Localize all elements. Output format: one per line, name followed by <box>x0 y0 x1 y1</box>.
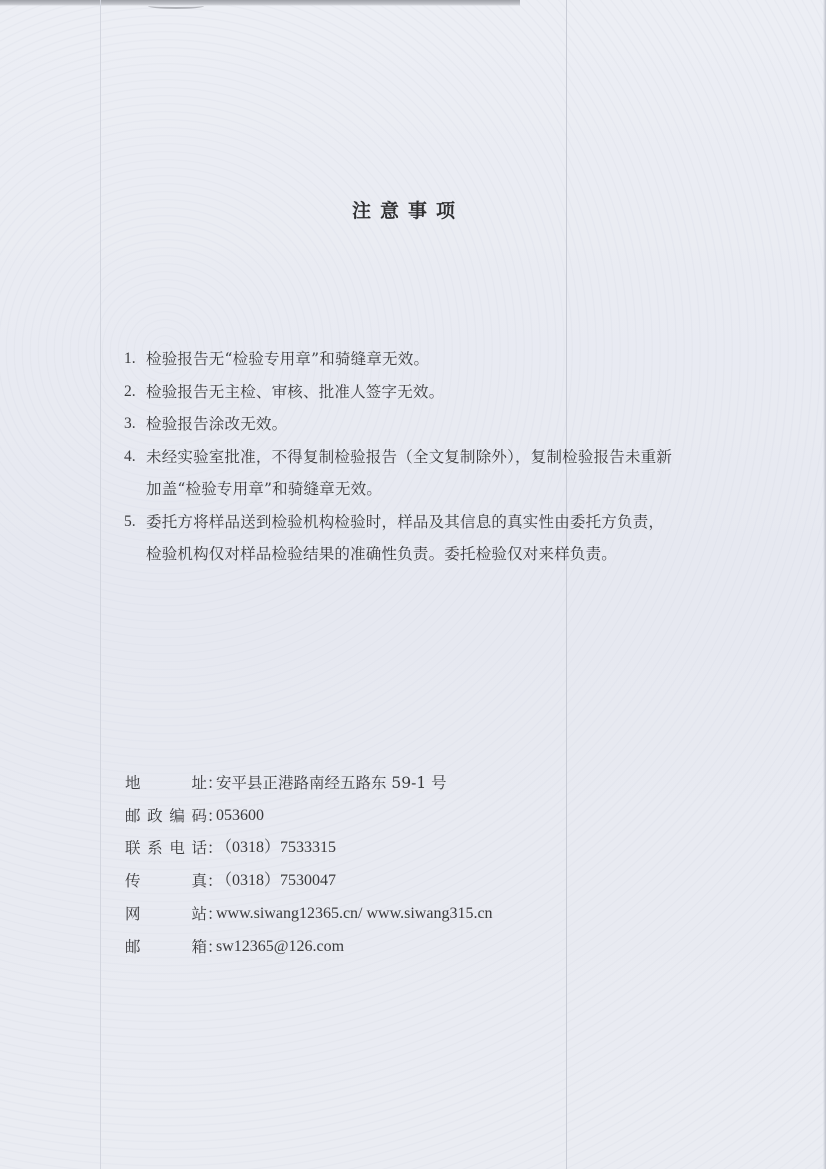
notice-text: 未经实验室批准，不得复制检验报告（全文复制除外），复制检验报告未重新 加盖“检验… <box>146 441 744 506</box>
document-page: 注意事项 1. 检验报告无“检验专用章”和骑缝章无效。 2. 检验报告无主检、审… <box>0 0 826 1169</box>
notice-line: 检验报告无主检、审核、批准人签字无效。 <box>146 376 744 409</box>
label-colon: ： <box>207 898 216 931</box>
contact-website: 网 站 ： www.siwang12365.cn/ www.siwang315.… <box>125 898 493 931</box>
notice-text: 检验报告无“检验专用章”和骑缝章无效。 <box>146 343 744 376</box>
notice-text: 检验报告无主检、审核、批准人签字无效。 <box>146 376 744 409</box>
notice-number: 3. <box>124 408 146 441</box>
label-char: 网 <box>125 898 141 931</box>
label-char: 真 <box>191 865 207 898</box>
label-char: 政 <box>147 800 163 833</box>
label-colon: ： <box>207 800 216 833</box>
label-char: 址 <box>191 767 207 800</box>
label-char: 话 <box>191 832 207 865</box>
notice-number: 5. <box>124 506 146 539</box>
notice-list: 1. 检验报告无“检验专用章”和骑缝章无效。 2. 检验报告无主检、审核、批准人… <box>124 343 744 571</box>
notice-line: 委托方将样品送到检验机构检验时，样品及其信息的真实性由委托方负责， <box>146 506 744 539</box>
notice-text: 委托方将样品送到检验机构检验时，样品及其信息的真实性由委托方负责， 检验机构仅对… <box>146 506 744 571</box>
contact-label: 网 站 <box>125 898 207 931</box>
label-char: 邮 <box>125 800 141 833</box>
label-char: 传 <box>125 865 141 898</box>
contact-label: 传 真 <box>125 865 207 898</box>
notice-item-3: 3. 检验报告涂改无效。 <box>124 408 744 441</box>
label-colon: ： <box>207 865 216 898</box>
contact-label: 邮 政 编 码 <box>125 800 207 833</box>
label-colon: ： <box>207 931 216 964</box>
contact-address: 地 址 ： 安平县正港路南经五路东 59-1 号 <box>125 767 493 800</box>
label-char: 码 <box>191 800 207 833</box>
contact-info: 地 址 ： 安平县正港路南经五路东 59-1 号 邮 政 编 码 ： 05360… <box>125 767 493 963</box>
notice-number: 4. <box>124 441 146 474</box>
label-char: 系 <box>147 832 163 865</box>
contact-label: 联 系 电 话 <box>125 832 207 865</box>
contact-label: 邮 箱 <box>125 931 207 964</box>
notice-item-4: 4. 未经实验室批准，不得复制检验报告（全文复制除外），复制检验报告未重新 加盖… <box>124 441 744 506</box>
label-colon: ： <box>207 832 216 865</box>
label-char: 箱 <box>191 931 207 964</box>
notice-line: 检验机构仅对样品检验结果的准确性负责。委托检验仅对来样负责。 <box>146 538 744 571</box>
scan-top-marks <box>148 3 204 9</box>
notice-line: 检验报告涂改无效。 <box>146 408 744 441</box>
notice-text: 检验报告涂改无效。 <box>146 408 744 441</box>
notice-line: 检验报告无“检验专用章”和骑缝章无效。 <box>146 343 744 376</box>
notice-line: 未经实验室批准，不得复制检验报告（全文复制除外），复制检验报告未重新 <box>146 441 744 474</box>
notice-line: 加盖“检验专用章”和骑缝章无效。 <box>146 473 744 506</box>
contact-fax: 传 真 ： （0318）7530047 <box>125 865 493 898</box>
contact-postcode: 邮 政 编 码 ： 053600 <box>125 800 493 833</box>
fold-line-left <box>100 0 101 1169</box>
phone-value: （0318）7533315 <box>216 832 336 865</box>
notice-item-5: 5. 委托方将样品送到检验机构检验时，样品及其信息的真实性由委托方负责， 检验机… <box>124 506 744 571</box>
website-value: www.siwang12365.cn/ www.siwang315.cn <box>216 898 493 931</box>
notice-number: 2. <box>124 376 146 409</box>
label-char: 电 <box>169 832 185 865</box>
label-char: 邮 <box>125 931 141 964</box>
label-char: 编 <box>169 800 185 833</box>
contact-label: 地 址 <box>125 767 207 800</box>
notice-item-2: 2. 检验报告无主检、审核、批准人签字无效。 <box>124 376 744 409</box>
page-title: 注意事项 <box>0 196 816 223</box>
label-char: 地 <box>125 767 141 800</box>
contact-email: 邮 箱 ： sw12365@126.com <box>125 931 493 964</box>
scan-top-shadow <box>0 0 520 6</box>
notice-item-1: 1. 检验报告无“检验专用章”和骑缝章无效。 <box>124 343 744 376</box>
fax-value: （0318）7530047 <box>216 865 336 898</box>
notice-number: 1. <box>124 343 146 376</box>
label-colon: ： <box>207 767 216 800</box>
address-value: 安平县正港路南经五路东 59-1 号 <box>216 767 447 800</box>
fold-line-right <box>566 0 567 1169</box>
label-char: 站 <box>191 898 207 931</box>
postcode-value: 053600 <box>216 800 264 833</box>
email-value: sw12365@126.com <box>216 931 344 964</box>
contact-phone: 联 系 电 话 ： （0318）7533315 <box>125 832 493 865</box>
label-char: 联 <box>125 832 141 865</box>
